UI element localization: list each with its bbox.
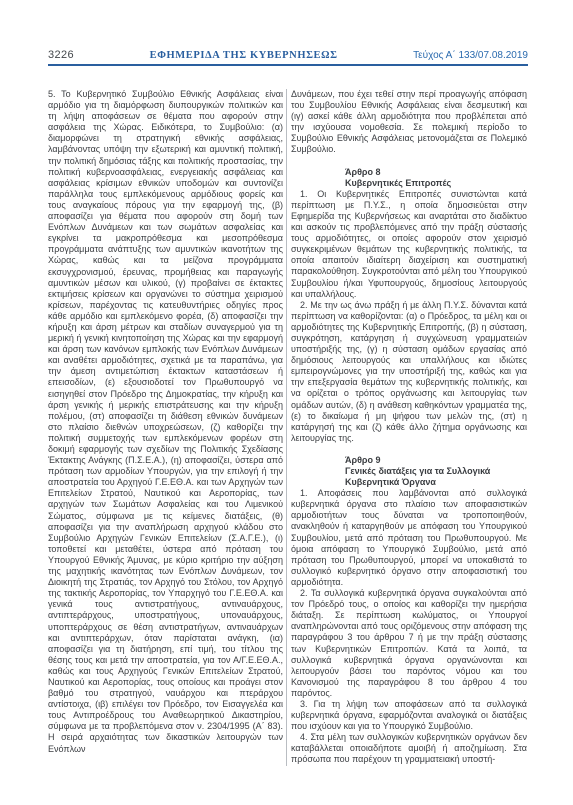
article-9-paragraph-2: 2. Τα συλλογικά κυβερνητικά όργανα συγκα… xyxy=(291,588,527,699)
gazette-page: 3226 ΕΦΗΜΕΡΙΔΑ ΤΗΣ ΚΥΒΕΡΝΗΣΕΩΣ Τεύχος Α΄… xyxy=(0,0,573,805)
header-row: 3226 ΕΦΗΜΕΡΙΔΑ ΤΗΣ ΚΥΒΕΡΝΗΣΕΩΣ Τεύχος Α΄… xyxy=(48,49,528,61)
article-8-paragraph-2: 2. Με την ως άνω πράξη ή με άλλη Π.Υ.Σ. … xyxy=(291,300,527,444)
article-9-heading: Άρθρο 9 Γενικές διατάξεις για τα Συλλογι… xyxy=(345,455,527,488)
article-9-title-line-1: Γενικές διατάξεις για τα Συλλογικά xyxy=(345,466,527,477)
article-9-number: Άρθρο 9 xyxy=(345,455,527,466)
issue-label: Τεύχος Α΄ 133/07.08.2019 xyxy=(413,50,528,61)
paragraph-5: 5. Το Κυβερνητικό Συμβούλιο Εθνικής Ασφά… xyxy=(48,89,283,755)
article-9-paragraph-3: 3. Για τη λήψη των αποφάσεων από τα συλλ… xyxy=(291,699,527,732)
column-divider xyxy=(286,89,287,766)
article-8-title: Κυβερνητικές Επιτροπές xyxy=(345,178,527,189)
page-header: 3226 ΕΦΗΜΕΡΙΔΑ ΤΗΣ ΚΥΒΕΡΝΗΣΕΩΣ Τεύχος Α΄… xyxy=(48,49,528,66)
paragraph-5-continuation: Δυνάμεων, που έχει τεθεί στην περί προαγ… xyxy=(291,89,527,156)
article-9-paragraph-4: 4. Στα μέλη των συλλογικών κυβερνητικών … xyxy=(291,732,527,765)
article-9-paragraph-1: 1. Αποφάσεις που λαμβάνονται από συλλογι… xyxy=(291,488,527,588)
article-8-paragraph-1: 1. Οι Κυβερνητικές Επιτροπές συνιστώνται… xyxy=(291,189,527,300)
article-8-number: Άρθρο 8 xyxy=(345,167,527,178)
left-column: 5. Το Κυβερνητικό Συμβούλιο Εθνικής Ασφά… xyxy=(48,89,283,766)
article-8-heading: Άρθρο 8 Κυβερνητικές Επιτροπές xyxy=(345,167,527,189)
article-9-title-line-2: Κυβερνητικά Όργανα xyxy=(345,477,527,488)
page-number: 3226 xyxy=(48,49,74,61)
header-rule xyxy=(48,64,528,66)
right-column: Δυνάμεων, που έχει τεθεί στην περί προαγ… xyxy=(291,89,527,766)
body-columns: 5. Το Κυβερνητικό Συμβούλιο Εθνικής Ασφά… xyxy=(48,89,528,766)
gazette-title: ΕΦΗΜΕΡΙΔΑ ΤΗΣ ΚΥΒΕΡΝΗΣΕΩΣ xyxy=(150,50,338,61)
